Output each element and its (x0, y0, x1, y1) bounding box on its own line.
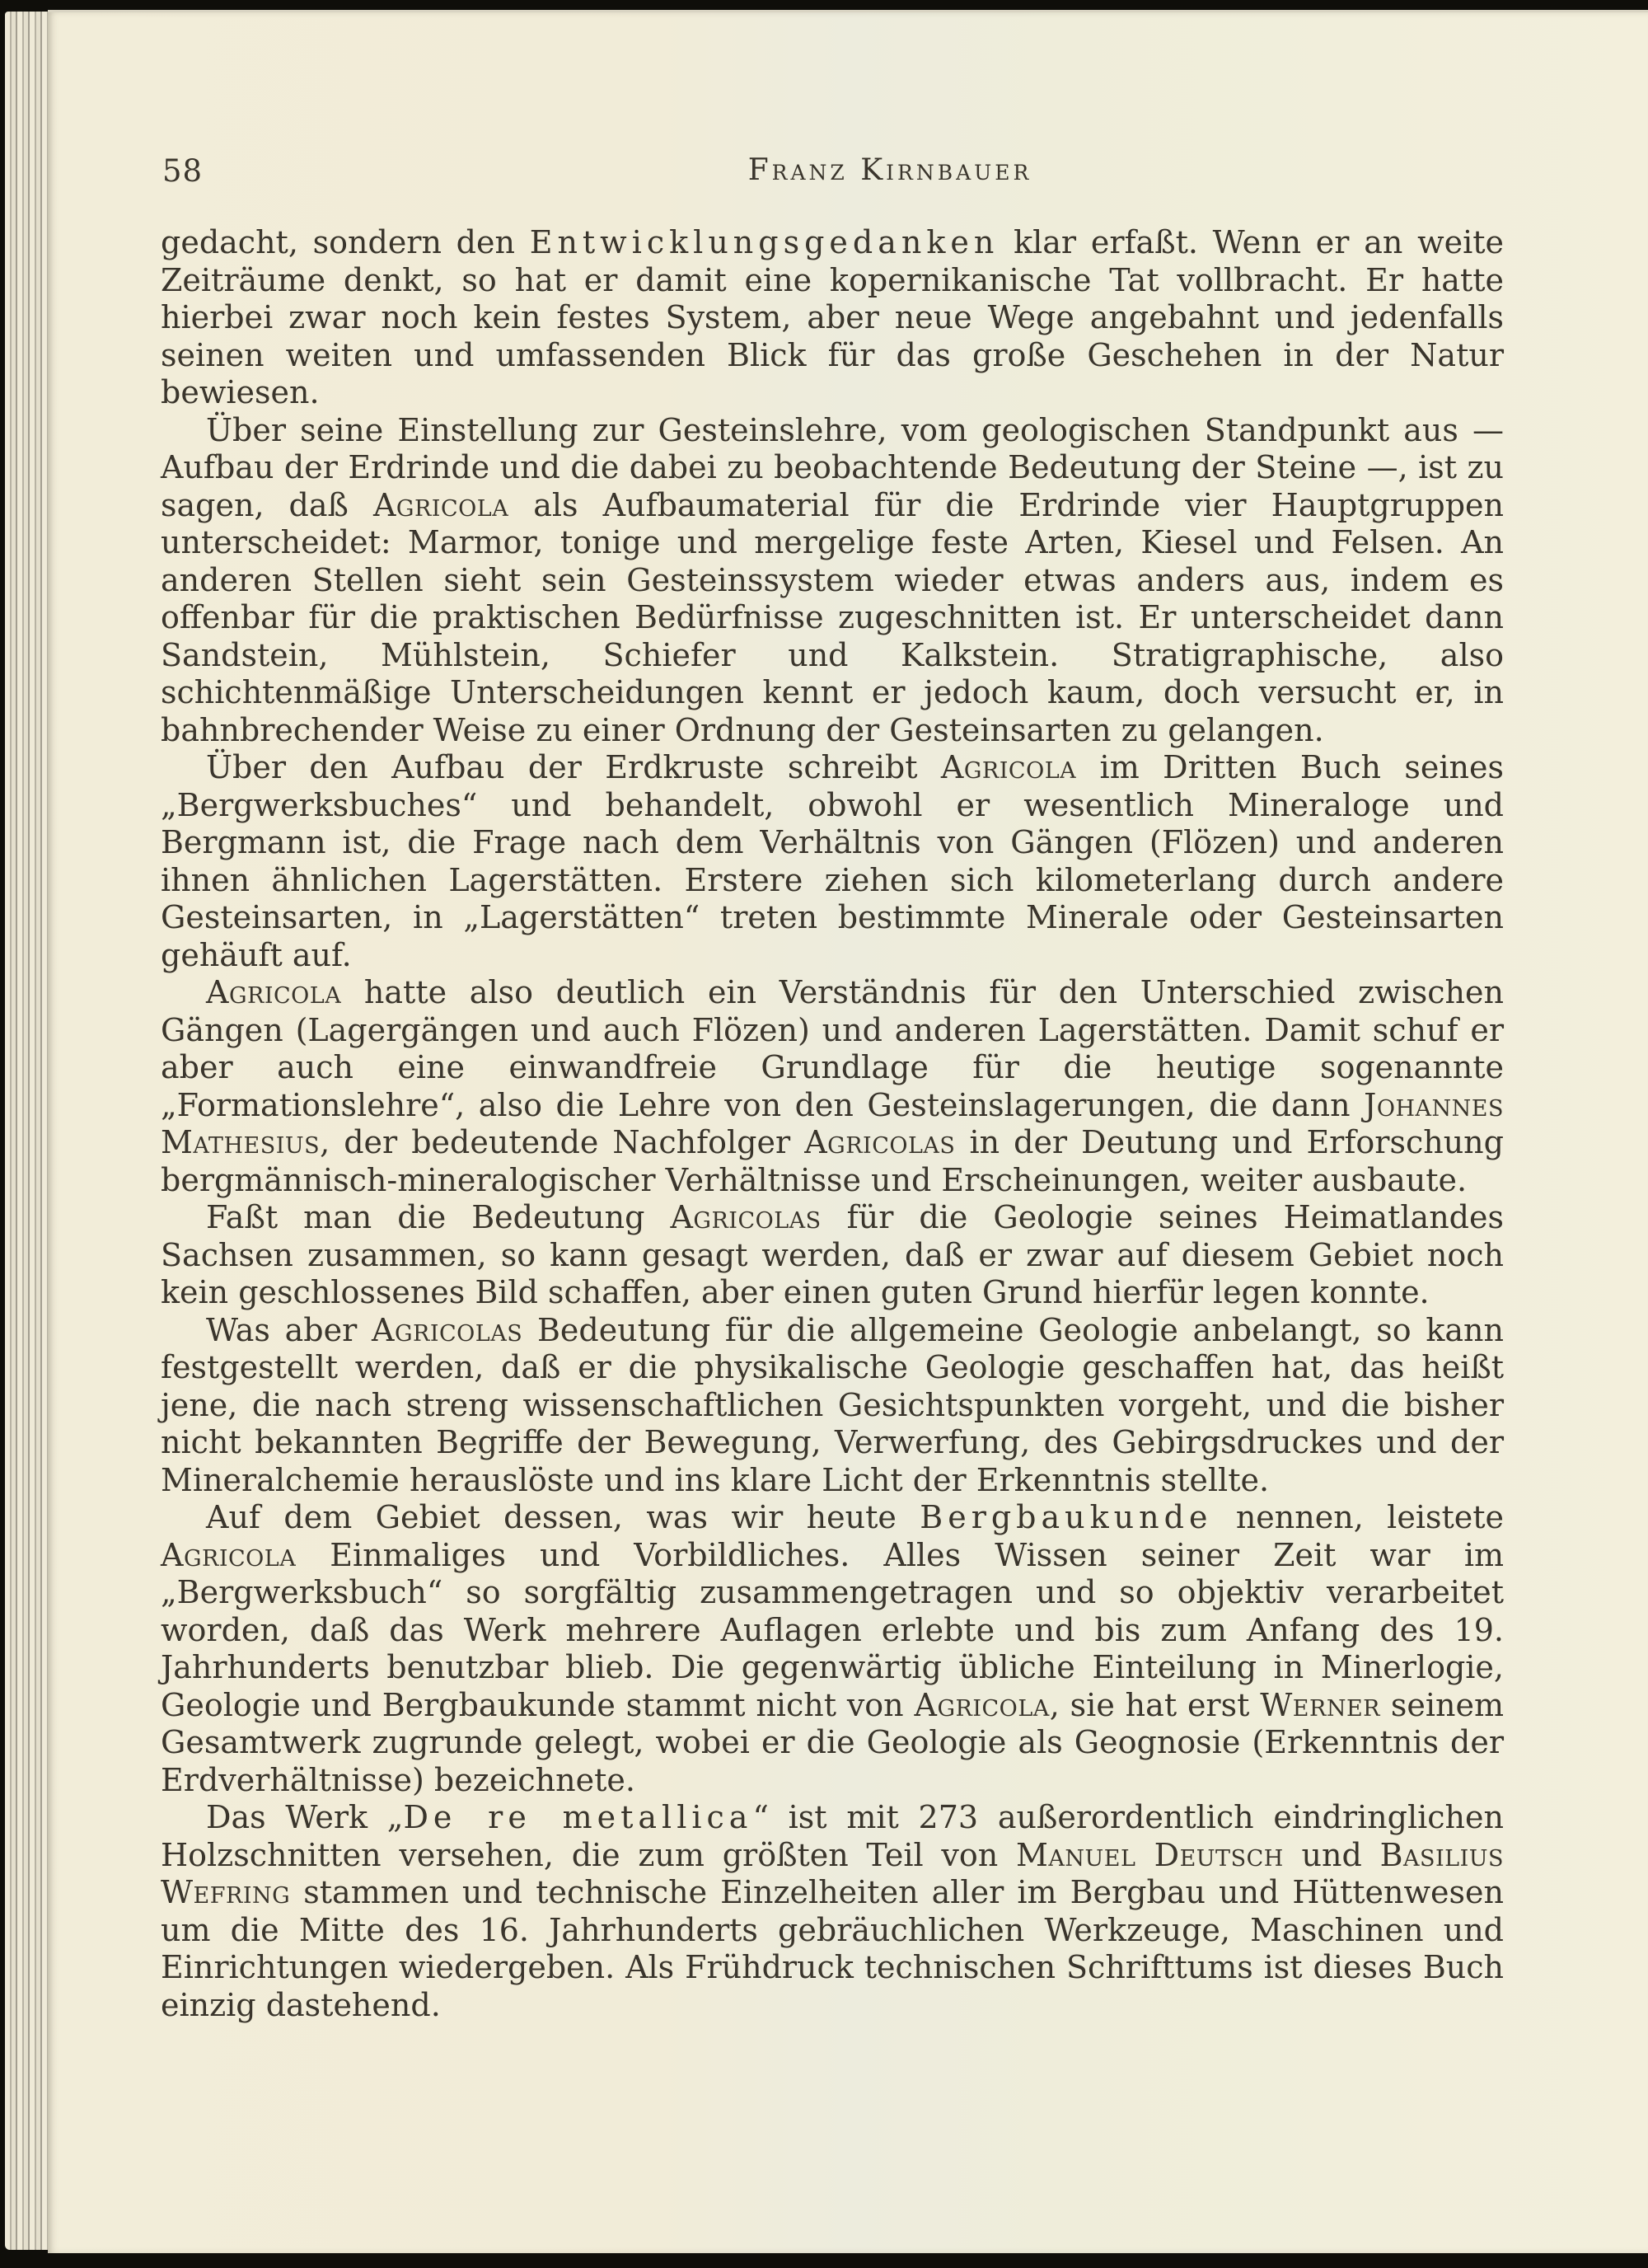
person-name: Manuel Deutsch (1016, 1837, 1284, 1873)
paragraph: Agricola hatte also deutlich ein Verstän… (161, 974, 1504, 1199)
paragraph: Über den Aufbau der Erdkruste schreibt A… (161, 749, 1504, 974)
person-name: Agricolas (372, 1312, 522, 1348)
paragraph: Über seine Einstellung zur Gesteinslehre… (161, 412, 1504, 750)
emphasized-term: De re metallica (403, 1799, 752, 1835)
text-run: als Aufbaumaterial für die Erdrinde vier… (161, 487, 1504, 748)
person-name: Agricola (941, 749, 1076, 785)
text-run: Auf dem Gebiet dessen, was wir heute (206, 1499, 920, 1535)
person-name: Agricola (373, 487, 508, 523)
paragraph: Was aber Agricolas Bedeutung für die all… (161, 1312, 1504, 1500)
text-run: und (1284, 1837, 1380, 1873)
text-area: 58 Franz Kirnbauer gedacht, sondern den … (161, 148, 1504, 2024)
text-run: Über den Aufbau der Erdkruste schreibt (206, 749, 941, 785)
text-run: Faßt man die Bedeutung (206, 1199, 670, 1235)
emphasized-term: Bergbaukunde (920, 1499, 1212, 1535)
page-number: 58 (162, 153, 203, 189)
book-page-edges (5, 12, 48, 2250)
person-name: Agricolas (670, 1199, 821, 1235)
person-name: Werner (1260, 1687, 1380, 1723)
person-name: Agricola (206, 974, 341, 1010)
page-header: 58 Franz Kirnbauer (161, 148, 1504, 198)
text-run: , sie hat erst (1050, 1687, 1260, 1723)
text-run: gedacht, sondern den (161, 224, 530, 260)
book-scan: { "page": { "number": "58", "running_hea… (0, 0, 1648, 2268)
paragraph: Auf dem Gebiet dessen, was wir heute Ber… (161, 1499, 1504, 1799)
text-run: hatte also deutlich ein Verständnis für … (161, 974, 1504, 1123)
paragraph: Faßt man die Bedeutung Agricolas für die… (161, 1199, 1504, 1312)
text-run: , der bedeutende Nachfolger (320, 1124, 804, 1160)
paragraph: Das Werk „De re metallica“ ist mit 273 a… (161, 1799, 1504, 2024)
person-name: Agricolas (804, 1124, 955, 1160)
text-run: Was aber (206, 1312, 372, 1348)
text-run: stammen und technische Einzelheiten alle… (161, 1874, 1504, 2023)
text-run: Das Werk „ (206, 1799, 403, 1835)
text-body: gedacht, sondern den Entwicklungsgedanke… (161, 224, 1504, 2024)
book-page: 58 Franz Kirnbauer gedacht, sondern den … (48, 10, 1648, 2253)
text-run: nennen, leistete (1212, 1499, 1504, 1535)
emphasized-term: Entwicklungsgedanken (530, 224, 1000, 260)
person-name: Agricola (161, 1537, 296, 1573)
paragraph: gedacht, sondern den Entwicklungsgedanke… (161, 224, 1504, 412)
person-name: Agricola (915, 1687, 1050, 1723)
running-head: Franz Kirnbauer (218, 153, 1561, 187)
